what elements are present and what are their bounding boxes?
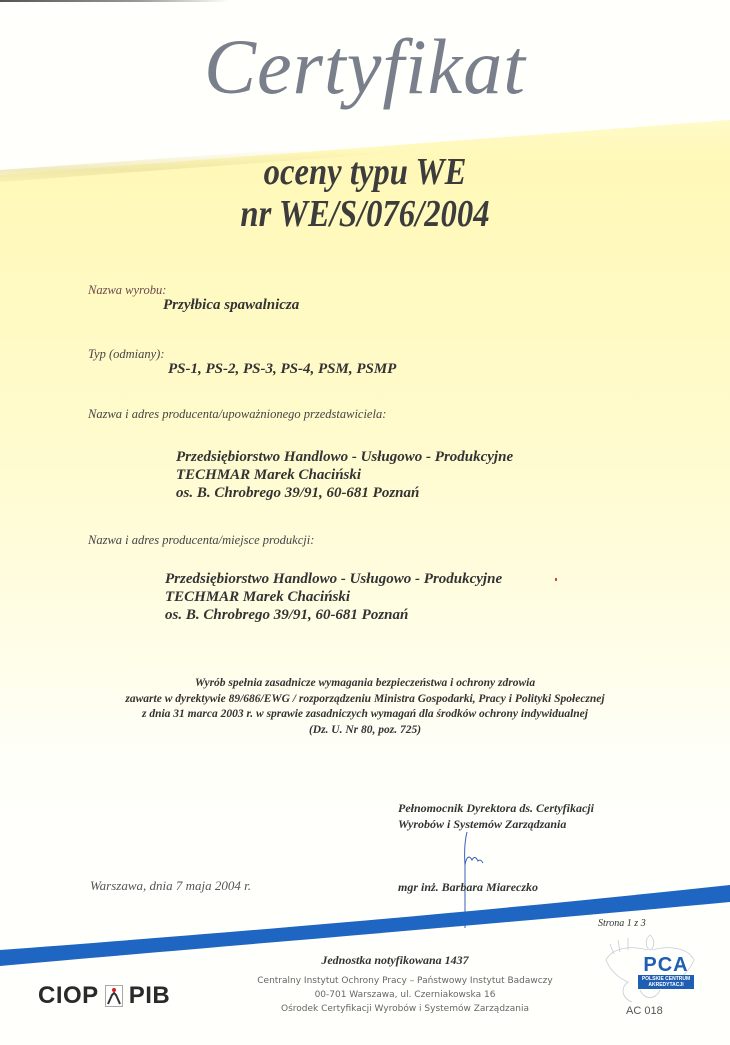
pca-logo-text: PCA	[638, 955, 694, 975]
representative-address: Przedsiębiorstwo Handlowo - Usługowo - P…	[176, 448, 513, 502]
institute-address: Centralny Instytut Ochrony Pracy – Państ…	[210, 974, 600, 1016]
scan-speck	[555, 578, 557, 581]
representative-line: Przedsiębiorstwo Handlowo - Usługowo - P…	[176, 448, 513, 466]
production-site-line: TECHMAR Marek Chaciński	[165, 588, 502, 606]
accreditation-code: AC 018	[626, 1005, 663, 1017]
signer-title: Pełnomocnik Dyrektora ds. Certyfikacji W…	[398, 800, 594, 832]
compliance-line: zawarte w dyrektywie 89/686/EWG / rozpor…	[60, 692, 670, 708]
address-line: 00-701 Warszawa, ul. Czerniakowska 16	[210, 988, 600, 1002]
type-value: PS-1, PS-2, PS-3, PS-4, PSM, PSMP	[168, 360, 396, 378]
production-site-line: os. B. Chrobrego 39/91, 60-681 Poznań	[165, 606, 502, 624]
pib-logo-text: PIB	[129, 982, 171, 1010]
scan-edge-strip	[0, 0, 230, 2]
address-line: Centralny Instytut Ochrony Pracy – Państ…	[210, 974, 600, 988]
product-name-label: Nazwa wyrobu:	[88, 283, 166, 298]
ciop-person-icon	[105, 985, 123, 1007]
certificate-subtitle: oceny typu WE	[51, 150, 679, 194]
signer-title-line: Pełnomocnik Dyrektora ds. Certyfikacji	[398, 800, 594, 816]
page-number: Strona 1 z 3	[598, 918, 646, 929]
compliance-statement: Wyrób spełnia zasadnicze wymagania bezpi…	[60, 676, 670, 738]
compliance-line: Wyrób spełnia zasadnicze wymagania bezpi…	[60, 676, 670, 692]
representative-line: os. B. Chrobrego 39/91, 60-681 Poznań	[176, 484, 513, 502]
certificate-title: Certyfikat	[0, 22, 730, 112]
type-label: Typ (odmiany):	[88, 347, 164, 362]
production-site-label: Nazwa i adres producenta/miejsce produkc…	[88, 533, 314, 548]
address-line: Ośrodek Certyfikacji Wyrobów i Systemów …	[210, 1002, 600, 1016]
ciop-logo-text: CIOP	[38, 982, 99, 1010]
production-site-address: Przedsiębiorstwo Handlowo - Usługowo - P…	[165, 570, 502, 624]
compliance-line: (Dz. U. Nr 80, poz. 725)	[60, 723, 670, 739]
representative-label: Nazwa i adres producenta/upoważnionego p…	[88, 407, 386, 422]
representative-line: TECHMAR Marek Chaciński	[176, 466, 513, 484]
ciop-pib-logo: CIOP PIB	[38, 982, 170, 1010]
certificate-number: nr WE/S/076/2004	[51, 192, 679, 236]
compliance-line: z dnia 31 marca 2003 r. w sprawie zasadn…	[60, 707, 670, 723]
signer-title-line: Wyrobów i Systemów Zarządzania	[398, 816, 594, 832]
product-name-value: Przyłbica spawalnicza	[163, 296, 299, 314]
pca-accreditation-logo: PCA POLSKIE CENTRUM AKREDYTACJI	[638, 955, 694, 989]
pca-logo-subtext: POLSKIE CENTRUM AKREDYTACJI	[638, 975, 694, 989]
production-site-line: Przedsiębiorstwo Handlowo - Usługowo - P…	[165, 570, 502, 588]
